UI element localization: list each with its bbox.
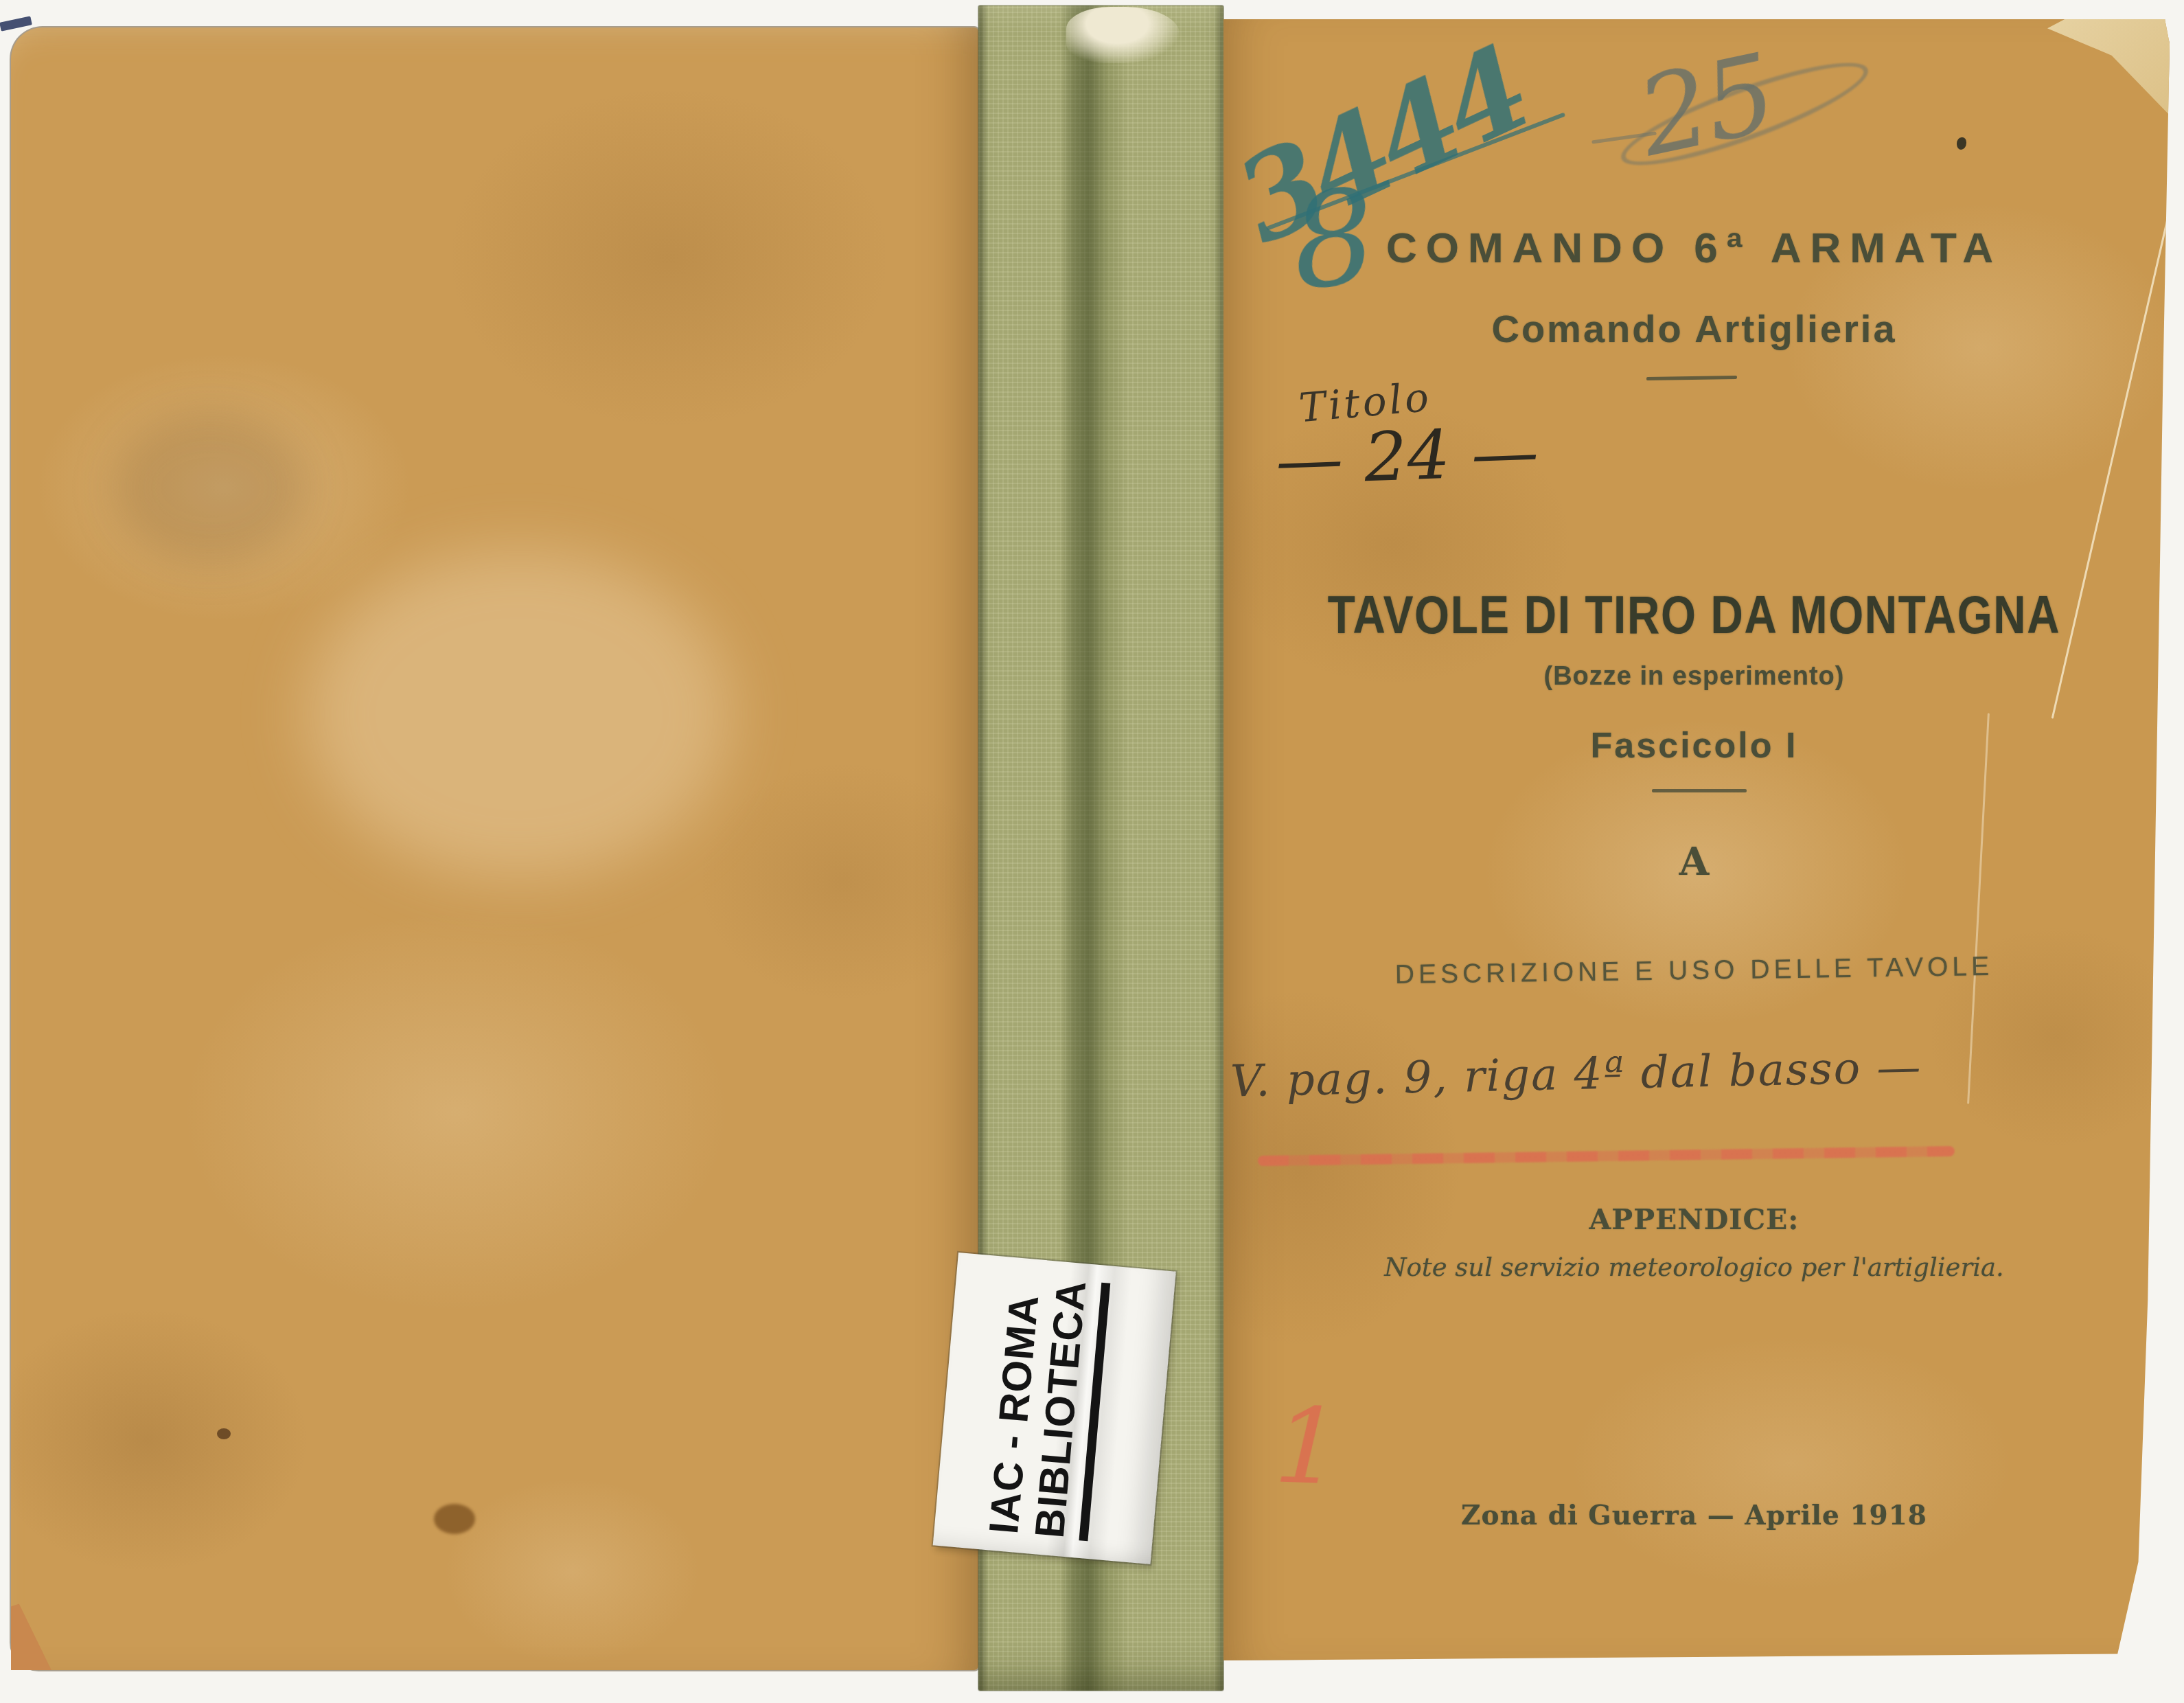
date-imprint: Zona di Guerra — Aprile 1918 (1236, 1500, 2152, 1531)
torn-corner-chip (2047, 19, 2171, 133)
fascicle-line: Fascicolo I (1236, 725, 2152, 766)
handwritten-blue-eight: 8 (1285, 159, 1383, 319)
library-label-text: IAC - ROMA BIBLIOTECA (980, 1274, 1111, 1541)
spine-frayed-patch (1066, 7, 1180, 63)
artillery-subtitle: Comando Artiglieria (1236, 306, 2152, 351)
scanner-edge-artifact (0, 16, 32, 31)
handwritten-red-number: 1 (1272, 1384, 1343, 1508)
worn-corner-mark (11, 1598, 78, 1670)
crease-line (1967, 713, 1990, 1104)
back-cover-page (11, 27, 978, 1670)
main-title: TAVOLE DI TIRO DA MONTAGNA (1309, 584, 2079, 646)
appendix-label: APPENDICE: (1236, 1203, 2152, 1236)
handwritten-titolo-number: — 24 — (1274, 413, 1540, 500)
library-label: IAC - ROMA BIBLIOTECA (933, 1253, 1176, 1564)
stain-mark (306, 549, 732, 879)
scanned-book-cover: COMANDO 6ª ARMATA Comando Artiglieria TA… (0, 0, 2184, 1703)
draft-subtitle: (Bozze in esperimento) (1236, 662, 2152, 692)
stain-mark (217, 1428, 231, 1439)
divider-rule-middle (1652, 789, 1747, 792)
stain-mark (434, 1504, 475, 1534)
appendix-note: Note sul servizio meteorologico per l'ar… (1236, 1253, 2152, 1282)
stain-mark (114, 412, 306, 563)
section-letter: A (1236, 839, 2152, 884)
